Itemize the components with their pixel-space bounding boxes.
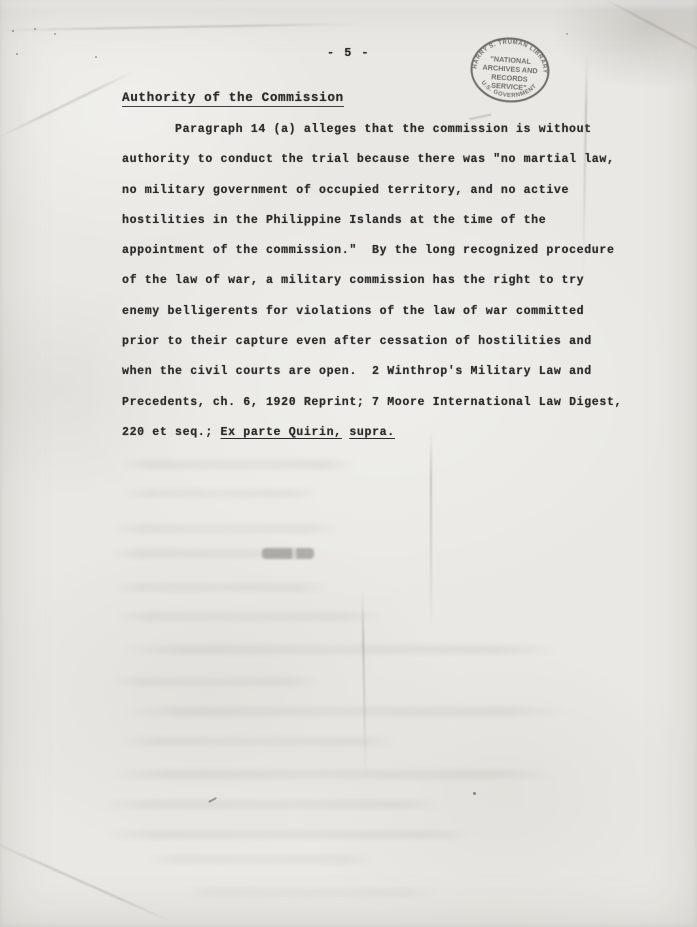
bleedthrough-line (117, 460, 357, 469)
paper-crease (0, 70, 135, 138)
typed-line: when the civil courts are open. 2 Winthr… (122, 357, 642, 387)
bleedthrough-line (117, 737, 397, 746)
typed-line: enemy belligerents for violations of the… (122, 297, 642, 327)
bleedthrough-smudge (262, 548, 314, 559)
bleedthrough-line (180, 888, 440, 897)
typed-line: hostilities in the Philippine Islands at… (122, 206, 642, 236)
typed-line: authority to conduct the trial because t… (122, 145, 642, 175)
document-page: - 5 - HARRY S. TRUMAN LIBRARY U.S. GOVER… (0, 0, 697, 927)
bleedthrough-line (120, 707, 570, 716)
typed-line: appointment of the commission." By the l… (122, 236, 642, 266)
archives-stamp-icon: HARRY S. TRUMAN LIBRARY U.S. GOVERNMENT … (466, 33, 555, 107)
typed-line: Precedents, ch. 6, 1920 Reprint; 7 Moore… (122, 388, 642, 418)
bleedthrough-line (110, 583, 330, 592)
citation-underlined: Ex parte Quirin, (221, 426, 342, 439)
bleedthrough-line (147, 855, 377, 864)
bleedthrough-line (100, 800, 445, 809)
paper-crease (361, 590, 366, 780)
typed-line: prior to their capture even after cessat… (122, 327, 642, 357)
supra-underlined: supra. (349, 426, 394, 439)
bleedthrough-line (110, 677, 320, 686)
stamp-graphic: HARRY S. TRUMAN LIBRARY U.S. GOVERNMENT … (466, 33, 555, 107)
paper-crease (0, 839, 172, 922)
paper-speck (566, 33, 568, 35)
bleedthrough-line (107, 770, 557, 779)
paragraph: Paragraph 14 (a) alleges that the commis… (122, 115, 642, 448)
bleedthrough-line (120, 645, 560, 654)
paper-speck (54, 33, 56, 35)
paper-crease (0, 23, 360, 31)
paper-speck (12, 30, 14, 32)
paper-speck (208, 797, 217, 803)
bleedthrough-line (103, 830, 478, 839)
bleedthrough-line (110, 549, 320, 558)
bleedthrough-line (110, 524, 340, 533)
paper-speck (34, 28, 36, 30)
typed-line: Paragraph 14 (a) alleges that the commis… (122, 115, 642, 145)
paper-crease (430, 430, 432, 630)
citation-line: 220 et seq.; Ex parte Quirin, supra. (122, 418, 642, 448)
bleedthrough-line (120, 489, 320, 498)
paper-speck (473, 792, 476, 795)
page-number: - 5 - (0, 45, 697, 61)
bleedthrough-line (113, 612, 383, 621)
section-heading: Authority of the Commission (122, 91, 344, 107)
citation-prefix: 220 et seq.; (122, 426, 221, 439)
typed-line: of the law of war, a military commission… (122, 266, 642, 296)
typed-line: no military government of occupied terri… (122, 176, 642, 206)
